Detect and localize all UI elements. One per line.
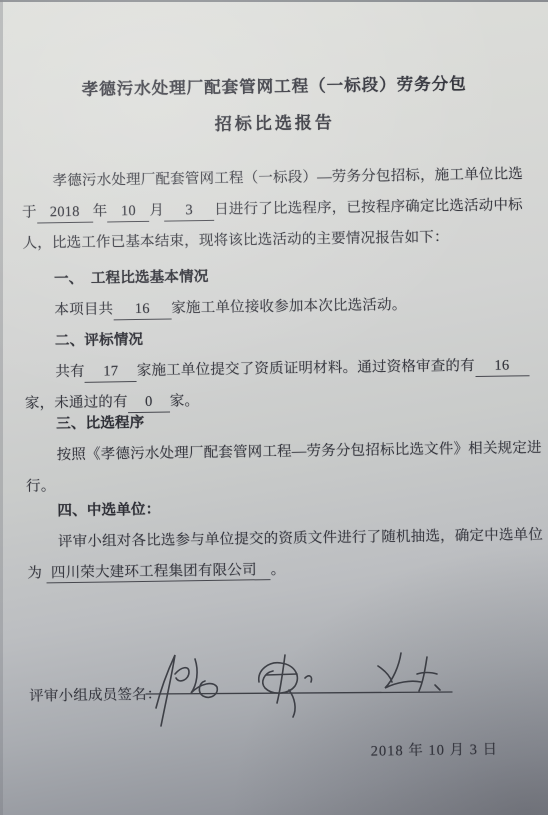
photo-lighting-overlay — [0, 0, 548, 815]
photo-of-document: 孝德污水处理厂配套管网工程（一标段）劳务分包 招标比选报告 孝德污水处理厂配套管… — [0, 0, 548, 815]
